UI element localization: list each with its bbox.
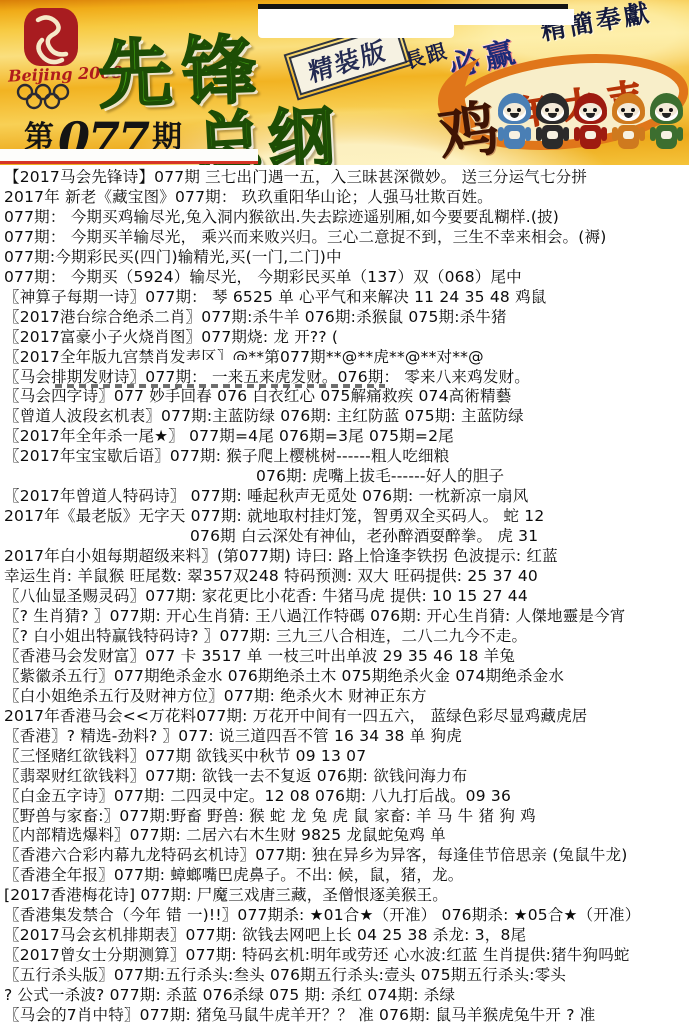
beijing-2008-seal-icon <box>22 6 80 68</box>
text-line: 〖2017年全年杀一尾★〗 077期=4尾 076期=3尾 075期=2尾 <box>4 427 687 447</box>
text-line: 076期 白云深处有神仙，老孙醉酒耍醉拳。 虎 31 <box>190 527 687 547</box>
text-line: 〖曾道人波段玄机表〗077期:主蓝防绿 076期: 主红防蓝 075期: 主蓝防… <box>4 407 687 427</box>
text-line: 〖白金五字诗〗077期: 二四灵中定。12 08 076期: 八九打后战。09 … <box>4 787 687 807</box>
header-red-rule <box>0 161 258 164</box>
text-line: 【2017马会先锋诗】077期 三七出门遇一五，入三昧甚深微妙。 送三分运气七分… <box>4 168 687 188</box>
banner-zodiac-char: 鸡 <box>432 80 503 165</box>
text-line: 076期: 虎嘴上拔毛------好人的胆子 <box>256 467 687 487</box>
text-line: 〖? 白小姐出特赢钱特码诗? 〗077期: 三九三八合相连，二八二九今不走。 <box>4 627 687 647</box>
redaction-patch <box>258 9 454 38</box>
text-line: 〖香港集发禁合（今年 错 一)!!〗077期杀: ★01合★（开准） 076期杀… <box>4 906 687 926</box>
fuwa-orange-icon <box>612 96 645 154</box>
text-line: 〖野兽与家畜:〗077期:野畜 野兽: 猴 蛇 龙 兔 虎 鼠 家畜: 羊 马 … <box>4 807 687 827</box>
text-line: 〖2017马会玄机排期表〗077期: 欲钱去网吧上长 04 25 38 杀龙: … <box>4 926 687 946</box>
text-line: 〖白小姐绝杀五行及财神方位〗077期: 绝杀火木 财神正东方 <box>4 687 687 707</box>
text-line: 〖五行杀头版〗077期:五行杀头:叁头 076期五行杀头:壹头 075期五行杀头… <box>4 966 687 986</box>
text-line: 〖内部精选爆料〗077期: 二居六右木生财 9825 龙鼠蛇兔鸡 单 <box>4 826 687 846</box>
masthead: Beijing 2008 第077期 先锋 总纲 精装版 必赢 精簡奉獻 長跟 <box>0 0 689 165</box>
text-line: 〖2017年宝宝歇后语〗077期: 猴子爬上樱桃树------粗人吃细粮 <box>4 447 687 467</box>
text-line: 幸运生肖: 羊鼠猴 旺尾数: 翠357双248 特码预测: 双大 旺码提供: 2… <box>4 567 687 587</box>
text-line: 〖? 生肖猜? 〗077期: 开心生肖猜: 王八過江作特碼 076期: 开心生肖… <box>4 607 687 627</box>
text-line: 〖香港六合彩内幕九龙特码玄机诗〗077期: 独在异乡为异客，每逢佳节倍思亲 (兔… <box>4 846 687 866</box>
text-line: 2017年白小姐每期超级来料〗(第077期) 诗曰: 路上恰逢李铁拐 色波提示:… <box>4 547 687 567</box>
text-line: 〖香港马会发财富〗077 卡 3517 单 一枝三叶出单波 29 35 46 1… <box>4 647 687 667</box>
tip-sheet-page: Beijing 2008 第077期 先锋 总纲 精装版 必赢 精簡奉獻 長跟 <box>0 0 689 1027</box>
text-line: 〖八仙显圣赐灵码〗077期: 家花更比小花香: 牛猪马虎 提供: 10 15 2… <box>4 587 687 607</box>
text-line: [2017香港梅花诗] 077期: 尸魔三戏唐三藏，圣僧恨逐美猴王。 <box>4 886 687 906</box>
text-line: 〖马会四字诗〗077 妙手回春 076 白衣红心 075解痛救疾 074高術精藝 <box>4 387 687 407</box>
text-line: 2017年《最老版》无字天 077期: 就地取村挂灯笼，智勇双全买码人。 蛇 1… <box>4 507 687 527</box>
fuwa-black-icon <box>536 96 569 154</box>
text-line: 2017年 新老《藏宝图》077期： 玖玖重阳华山论；人强马壮欺百姓。 <box>4 188 687 208</box>
text-line: 077期： 今期买羊输尽光， 乘兴而来败兴归。三心二意捉不到，三生不幸来相会。(… <box>4 228 687 248</box>
text-line: 077期:今期彩民买(四门)输精光,买(一门,二门)中 <box>4 248 687 268</box>
text-line: 〖2017曾女士分期测算〗077期: 特码玄机:明年或劳还 心水波:红蓝 生肖提… <box>4 946 687 966</box>
text-line: 〖2017港台综合绝杀二肖〗077期:杀牛羊 076期:杀猴鼠 075期:杀牛猪 <box>4 308 687 328</box>
text-line: 〖2017年曾道人特码诗〗 077期: 唾起秋声无觅处 076期: 一枕新凉一扇… <box>4 487 687 507</box>
fuwa-blue-icon <box>498 96 531 154</box>
edition-badge-label: 精装版 <box>306 30 389 90</box>
redaction-patch-2 <box>452 9 574 25</box>
fuwa-red-icon <box>574 96 607 154</box>
text-line: 〖香港〗? 精选-劲料? 〗077: 说三道四吾不管 16 34 38 单 狗虎 <box>4 727 687 747</box>
text-line: 〖香港全年报〗077期: 蟑螂嘴巴虎鼻子。不出: 候，鼠，猪，龙。 <box>4 866 687 886</box>
whiteout-artifact <box>186 360 248 369</box>
print-smudge-artifact <box>55 384 385 388</box>
text-line: 2017年香港马会<<万花料077期: 万花开中间有一四五六， 蓝绿色彩尽显鸡藏… <box>4 707 687 727</box>
text-line: 077期： 今期买鸡输尽光,兔入洞内猴欲出.失去踪迹遥别厢,如今要要乱糊样.(披… <box>4 208 687 228</box>
text-line: 〖三怪赌红欲钱料〗077期 欲钱买中秋节 09 13 07 <box>4 747 687 767</box>
text-line: 〖紫徽杀五行〗077期绝杀金水 076期绝杀土木 075期绝杀火金 074期绝杀… <box>4 667 687 687</box>
text-line: 〖马会的7肖中特〗077期: 猪兔马鼠牛虎羊开？？ 准 076期: 鼠马羊猴虎兔… <box>4 1006 687 1026</box>
text-line: ? 公式一杀波? 077期: 杀蓝 076杀绿 075 期: 杀红 074期: … <box>4 986 687 1006</box>
fuwa-green-icon <box>650 96 683 154</box>
text-line: 〖神算子每期一诗〗077期： 琴 6525 单 心平气和来解决 11 24 35… <box>4 288 687 308</box>
text-lines: 【2017马会先锋诗】077期 三七出门遇一五，入三昧甚深微妙。 送三分运气七分… <box>0 165 689 1026</box>
text-line: 〖2017全年版九宫禁肖发表区〗@**第077期**@**虎**@**对**@ <box>4 348 687 368</box>
fuwa-mascots <box>498 92 686 154</box>
olympic-rings-icon <box>14 82 76 116</box>
text-line: 〖翡翠财红欲钱料〗077期: 欲钱一去不复返 076期: 欲钱问海力布 <box>4 767 687 787</box>
text-line: 〖2017富豪小子火烧肖图〗077期烧: 龙 开?? ( <box>4 328 687 348</box>
text-line: 077期： 今期买（5924）输尽光， 今期彩民买单（137）双（068）尾中 <box>4 268 687 288</box>
